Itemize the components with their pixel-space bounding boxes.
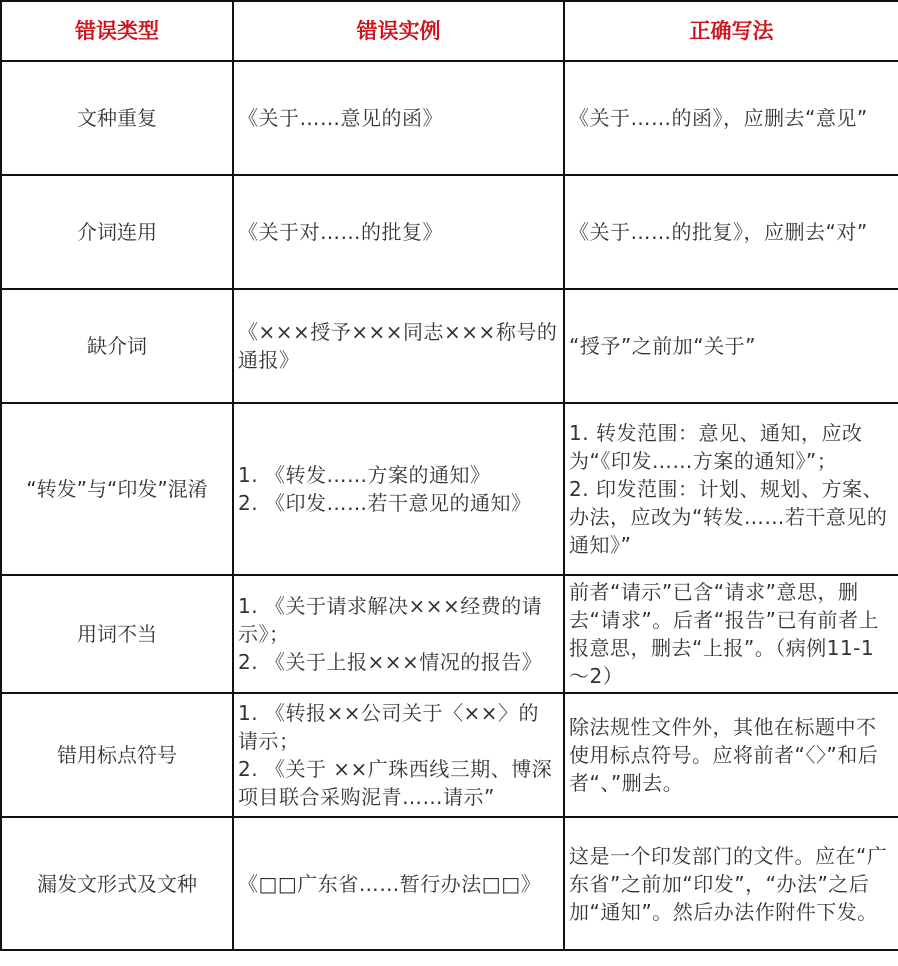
error-example-cell: 《关于对……的批复》: [233, 175, 564, 289]
correct-line: “授予”之前加“关于”: [569, 332, 894, 360]
header-correct-form: 正确写法: [564, 1, 898, 61]
example-line: 2. 《关于 ××广珠西线三期、博深项目联合采购泥青……请示”: [238, 755, 559, 811]
correct-form-cell: 除法规性文件外，其他在标题中不使用标点符号。应将前者“〈〉”和后者“、”删去。: [564, 693, 898, 817]
error-example-cell: 《□□广东省……暂行办法□□》: [233, 817, 564, 950]
correct-form-cell: 1. 转发范围：意见、通知，应改为“《印发……方案的通知》”； 2. 印发范围：…: [564, 403, 898, 575]
correct-line: 2. 印发范围：计划、规划、方案、办法，应改为“转发……若干意见的通知》”: [569, 475, 894, 559]
correct-line: 这是一个印发部门的文件。应在“广东省”之前加“印发”，“办法”之后加“通知”。然…: [569, 842, 894, 926]
error-example-cell: 《×××授予×××同志×××称号的通报》: [233, 289, 564, 403]
example-line: 2. 《印发……若干意见的通知》: [238, 489, 559, 517]
correct-form-cell: 这是一个印发部门的文件。应在“广东省”之前加“印发”，“办法”之后加“通知”。然…: [564, 817, 898, 950]
header-error-type: 错误类型: [1, 1, 233, 61]
correct-form-cell: 《关于……的批复》，应删去“对”: [564, 175, 898, 289]
error-type-cell: 介词连用: [1, 175, 233, 289]
error-example-cell: 《关于……意见的函》: [233, 61, 564, 175]
error-correction-table: 错误类型 错误实例 正确写法 文种重复 《关于……意见的函》 《关于……的函》，…: [0, 0, 898, 951]
table-row: 错用标点符号 1. 《转报××公司关于〈××〉的请示； 2. 《关于 ××广珠西…: [1, 693, 898, 817]
example-line: 《关于……意见的函》: [238, 104, 559, 132]
header-row: 错误类型 错误实例 正确写法: [1, 1, 898, 61]
error-example-cell: 1. 《关于请求解决×××经费的请示》； 2. 《关于上报×××情况的报告》: [233, 575, 564, 693]
example-line: 《关于对……的批复》: [238, 218, 559, 246]
error-type-cell: 错用标点符号: [1, 693, 233, 817]
error-type-cell: 漏发文形式及文种: [1, 817, 233, 950]
table-row: 用词不当 1. 《关于请求解决×××经费的请示》； 2. 《关于上报×××情况的…: [1, 575, 898, 693]
error-example-cell: 1. 《转报××公司关于〈××〉的请示； 2. 《关于 ××广珠西线三期、博深项…: [233, 693, 564, 817]
example-line: 1. 《关于请求解决×××经费的请示》；: [238, 592, 559, 648]
correct-form-cell: 前者“请示”已含“请求”意思，删去“请求”。后者“报告”已有前者上报意思，删去“…: [564, 575, 898, 693]
correct-line: 《关于……的函》，应删去“意见”: [569, 104, 894, 132]
error-type-cell: 缺介词: [1, 289, 233, 403]
table-row: 漏发文形式及文种 《□□广东省……暂行办法□□》 这是一个印发部门的文件。应在“…: [1, 817, 898, 950]
table-row: 缺介词 《×××授予×××同志×××称号的通报》 “授予”之前加“关于”: [1, 289, 898, 403]
example-line: 1. 《转发……方案的通知》: [238, 461, 559, 489]
error-type-cell: “转发”与“印发”混淆: [1, 403, 233, 575]
correct-form-cell: “授予”之前加“关于”: [564, 289, 898, 403]
table-row: 介词连用 《关于对……的批复》 《关于……的批复》，应删去“对”: [1, 175, 898, 289]
header-error-example: 错误实例: [233, 1, 564, 61]
correct-line: 除法规性文件外，其他在标题中不使用标点符号。应将前者“〈〉”和后者“、”删去。: [569, 713, 894, 797]
table-row: “转发”与“印发”混淆 1. 《转发……方案的通知》 2. 《印发……若干意见的…: [1, 403, 898, 575]
correct-form-cell: 《关于……的函》，应删去“意见”: [564, 61, 898, 175]
error-example-cell: 1. 《转发……方案的通知》 2. 《印发……若干意见的通知》: [233, 403, 564, 575]
example-line: 《□□广东省……暂行办法□□》: [238, 870, 559, 898]
error-type-cell: 用词不当: [1, 575, 233, 693]
example-line: 《×××授予×××同志×××称号的通报》: [238, 318, 559, 374]
error-type-cell: 文种重复: [1, 61, 233, 175]
correct-line: 前者“请示”已含“请求”意思，删去“请求”。后者“报告”已有前者上报意思，删去“…: [569, 578, 894, 690]
example-line: 1. 《转报××公司关于〈××〉的请示；: [238, 699, 559, 755]
correct-line: 《关于……的批复》，应删去“对”: [569, 218, 894, 246]
example-line: 2. 《关于上报×××情况的报告》: [238, 648, 559, 676]
correct-line: 1. 转发范围：意见、通知，应改为“《印发……方案的通知》”；: [569, 419, 894, 475]
table-row: 文种重复 《关于……意见的函》 《关于……的函》，应删去“意见”: [1, 61, 898, 175]
